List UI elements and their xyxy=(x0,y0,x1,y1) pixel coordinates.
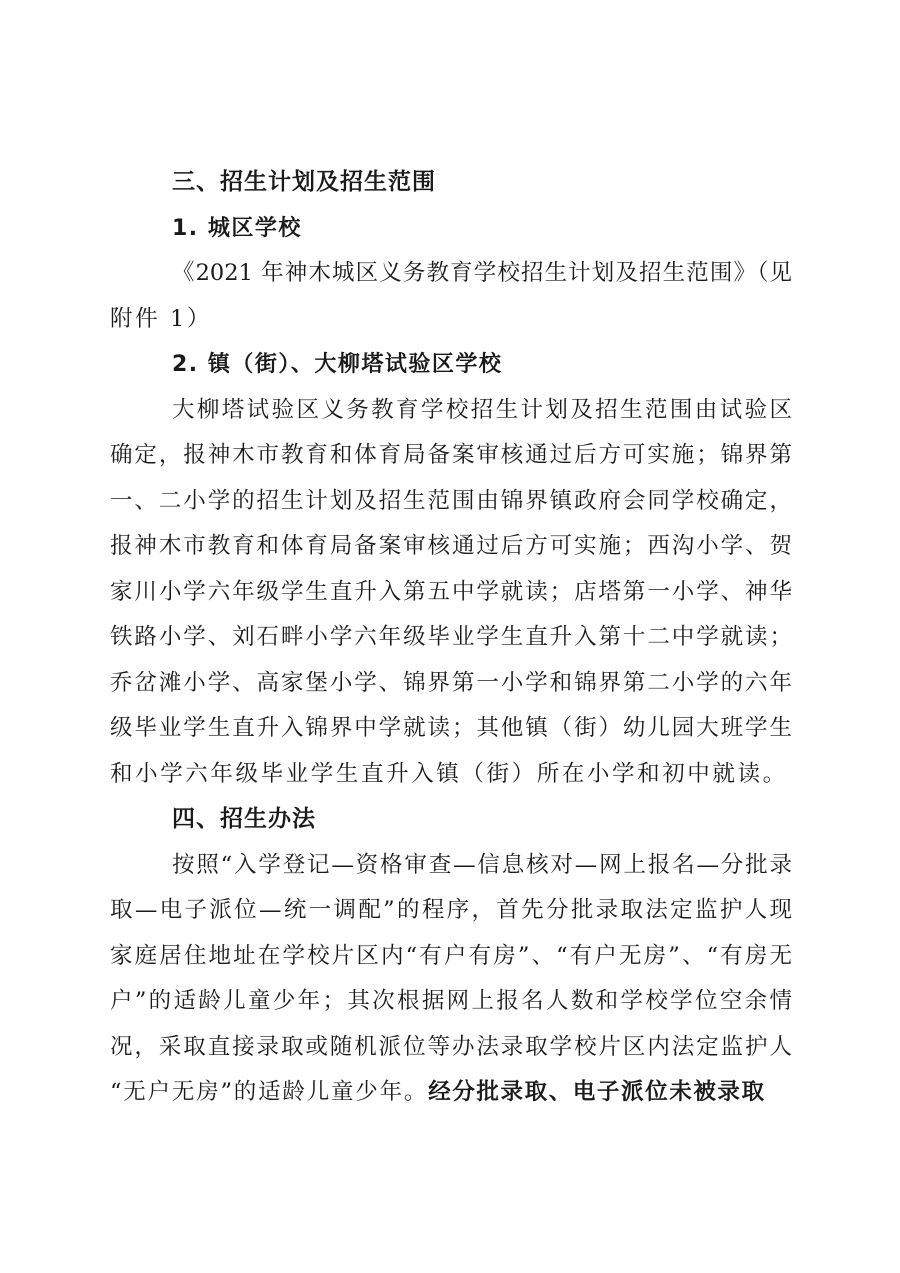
paragraph-line: 大柳塔试验区义务教育学校招生计划及招生范围由试验区 xyxy=(110,388,792,434)
section-heading-3: 三、招生计划及招生范围 xyxy=(110,160,792,206)
paragraph-line: 按照“入学登记—资格审查—信息核对—网上报名—分批录 xyxy=(110,843,792,889)
subheading-urban-schools: 1. 城区学校 xyxy=(110,206,792,252)
paragraph-line: 乔岔滩小学、高家堡小学、锦界第一小学和锦界第二小学的六年 xyxy=(110,661,792,707)
paragraph-line: 附件 1） xyxy=(110,297,792,343)
paragraph-line: 户”的适龄儿童少年；其次根据网上报名人数和学校学位空余情 xyxy=(110,979,792,1025)
paragraph-text-bold: 经分批录取、电子派位未被录取 xyxy=(428,1079,765,1105)
document-page: 三、招生计划及招生范围 1. 城区学校 《2021 年神木城区义务教育学校招生计… xyxy=(110,160,792,1116)
paragraph-line: 铁路小学、刘石畔小学六年级毕业学生直升入第十二中学就读； xyxy=(110,615,792,661)
paragraph-line: 取—电子派位—统一调配”的程序，首先分批录取法定监护人现 xyxy=(110,888,792,934)
paragraph-line: 确定，报神木市教育和体育局备案审核通过后方可实施；锦界第 xyxy=(110,433,792,479)
paragraph-line: 级毕业学生直升入锦界中学就读；其他镇（街）幼儿园大班学生 xyxy=(110,706,792,752)
subheading-town-schools: 2. 镇（街）、大柳塔试验区学校 xyxy=(110,342,792,388)
section-heading-4: 四、招生办法 xyxy=(110,797,792,843)
paragraph-line: 家川小学六年级学生直升入第五中学就读；店塔第一小学、神华 xyxy=(110,570,792,616)
paragraph-line: 一、二小学的招生计划及招生范围由锦界镇政府会同学校确定， xyxy=(110,479,792,525)
paragraph-text-normal: “无户无房”的适龄儿童少年。 xyxy=(110,1079,428,1105)
paragraph-line-mixed: “无户无房”的适龄儿童少年。经分批录取、电子派位未被录取 xyxy=(110,1070,792,1116)
paragraph-line: 《2021 年神木城区义务教育学校招生计划及招生范围》（见 xyxy=(110,251,792,297)
paragraph-line: 报神木市教育和体育局备案审核通过后方可实施；西沟小学、贺 xyxy=(110,524,792,570)
paragraph-line: 和小学六年级毕业学生直升入镇（街）所在小学和初中就读。 xyxy=(110,752,792,798)
paragraph-line: 家庭居住地址在学校片区内“有户有房”、“有户无房”、“有房无 xyxy=(110,934,792,980)
paragraph-line: 况，采取直接录取或随机派位等办法录取学校片区内法定监护人 xyxy=(110,1025,792,1071)
